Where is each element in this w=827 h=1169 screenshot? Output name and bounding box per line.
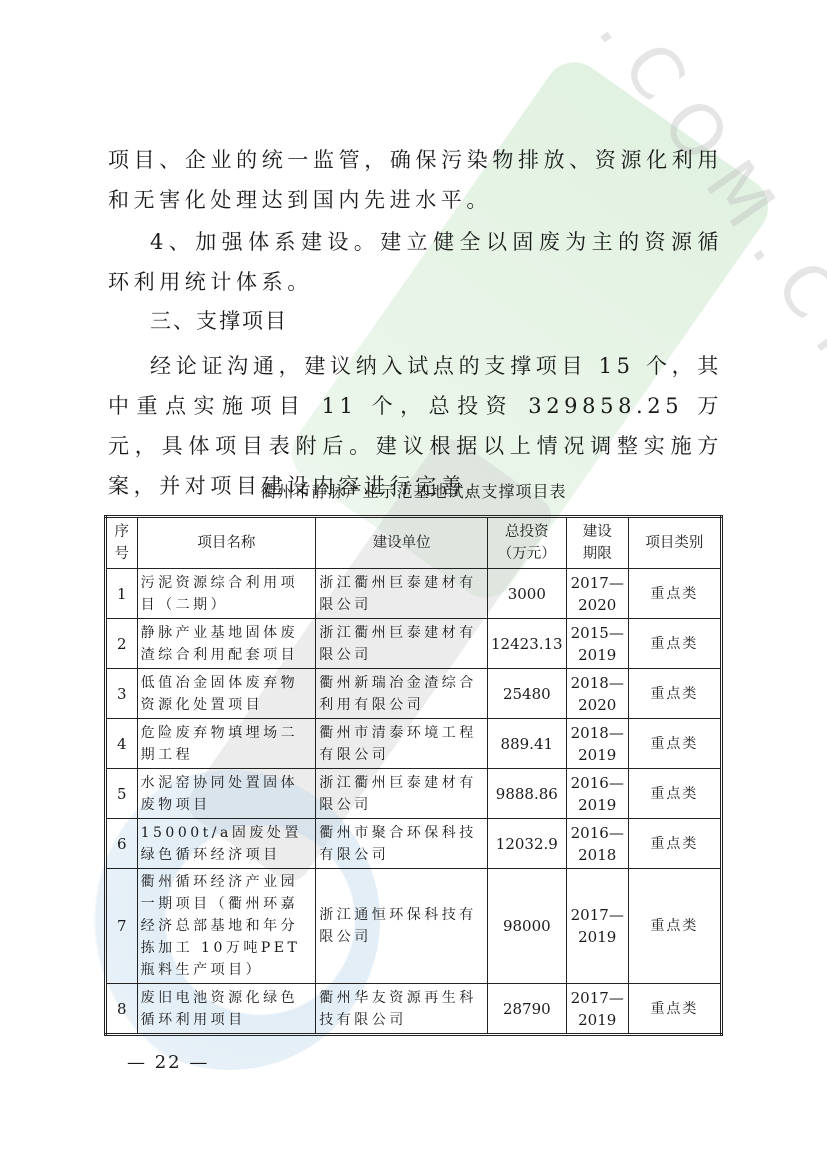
header-name: 项目名称 <box>137 517 316 569</box>
cell-category: 重点类 <box>628 619 721 669</box>
projects-table: 序号 项目名称 建设单位 总投资（万元） 建设期限 项目类别 1 污泥资源综合利… <box>104 515 723 1036</box>
cell-investment: 25480 <box>488 669 567 719</box>
cell-name: 静脉产业基地固体废渣综合利用配套项目 <box>137 619 316 669</box>
cell-category: 重点类 <box>628 669 721 719</box>
table-row: 6 15000t/a固废处置绿色循环经济项目 衢州市聚合环保科技有限公司 120… <box>106 819 722 869</box>
header-seq: 序号 <box>106 517 138 569</box>
cell-period: 2018—2019 <box>566 719 628 769</box>
section-heading: 三、支撑项目 <box>150 305 288 335</box>
cell-investment: 12423.13 <box>488 619 567 669</box>
cell-investment: 28790 <box>488 984 567 1035</box>
cell-unit: 衢州市清泰环境工程有限公司 <box>316 719 488 769</box>
cell-name: 污泥资源综合利用项目（二期） <box>137 569 316 619</box>
cell-seq: 6 <box>106 819 138 869</box>
cell-category: 重点类 <box>628 719 721 769</box>
cell-name: 废旧电池资源化绿色循环利用项目 <box>137 984 316 1035</box>
paragraph-supervision: 项目、企业的统一监管，确保污染物排放、资源化利用和无害化处理达到国内先进水平。 <box>108 140 723 220</box>
cell-unit: 浙江衢州巨泰建材有限公司 <box>316 569 488 619</box>
cell-seq: 1 <box>106 569 138 619</box>
table-header-row: 序号 项目名称 建设单位 总投资（万元） 建设期限 项目类别 <box>106 517 722 569</box>
table-row: 3 低值冶金固体废弃物资源化处置项目 衢州新瑞冶金渣综合利用有限公司 25480… <box>106 669 722 719</box>
table-row: 8 废旧电池资源化绿色循环利用项目 衢州华友资源再生科技有限公司 28790 2… <box>106 984 722 1035</box>
cell-name: 水泥窑协同处置固体废物项目 <box>137 769 316 819</box>
cell-period: 2018—2020 <box>566 669 628 719</box>
header-category: 项目类别 <box>628 517 721 569</box>
cell-period: 2017—2019 <box>566 984 628 1035</box>
cell-period: 2017—2020 <box>566 569 628 619</box>
cell-period: 2017—2019 <box>566 869 628 984</box>
cell-unit: 衢州市聚合环保科技有限公司 <box>316 819 488 869</box>
cell-category: 重点类 <box>628 569 721 619</box>
cell-category: 重点类 <box>628 819 721 869</box>
cell-seq: 7 <box>106 869 138 984</box>
header-unit: 建设单位 <box>316 517 488 569</box>
cell-investment: 12032.9 <box>488 819 567 869</box>
cell-period: 2015—2019 <box>566 619 628 669</box>
cell-unit: 浙江衢州巨泰建材有限公司 <box>316 769 488 819</box>
table-title: 衢州市静脉产业示范基地试点支撑项目表 <box>0 479 827 502</box>
cell-investment: 3000 <box>488 569 567 619</box>
cell-unit: 衢州新瑞冶金渣综合利用有限公司 <box>316 669 488 719</box>
header-investment: 总投资（万元） <box>488 517 567 569</box>
cell-unit: 衢州华友资源再生科技有限公司 <box>316 984 488 1035</box>
paragraph-system-building: 4、加强体系建设。建立健全以固废为主的资源循环利用统计体系。 <box>108 222 723 302</box>
cell-name: 危险废弃物填埋场二期工程 <box>137 719 316 769</box>
cell-investment: 98000 <box>488 869 567 984</box>
cell-unit: 浙江通恒环保科技有限公司 <box>316 869 488 984</box>
table-row: 7 衢州循环经济产业园一期项目（衢州环嘉经济总部基地和年分拣加工 10万吨PET… <box>106 869 722 984</box>
cell-investment: 9888.86 <box>488 769 567 819</box>
table-row: 5 水泥窑协同处置固体废物项目 浙江衢州巨泰建材有限公司 9888.86 201… <box>106 769 722 819</box>
cell-name: 低值冶金固体废弃物资源化处置项目 <box>137 669 316 719</box>
cell-category: 重点类 <box>628 769 721 819</box>
cell-period: 2016—2018 <box>566 819 628 869</box>
cell-seq: 3 <box>106 669 138 719</box>
table-row: 1 污泥资源综合利用项目（二期） 浙江衢州巨泰建材有限公司 3000 2017—… <box>106 569 722 619</box>
table-row: 2 静脉产业基地固体废渣综合利用配套项目 浙江衢州巨泰建材有限公司 12423.… <box>106 619 722 669</box>
cell-investment: 889.41 <box>488 719 567 769</box>
cell-period: 2016—2019 <box>566 769 628 819</box>
cell-category: 重点类 <box>628 869 721 984</box>
cell-category: 重点类 <box>628 984 721 1035</box>
cell-name: 15000t/a固废处置绿色循环经济项目 <box>137 819 316 869</box>
header-period: 建设期限 <box>566 517 628 569</box>
cell-seq: 5 <box>106 769 138 819</box>
cell-seq: 8 <box>106 984 138 1035</box>
cell-unit: 浙江衢州巨泰建材有限公司 <box>316 619 488 669</box>
page-number: — 22 — <box>127 1052 209 1073</box>
cell-seq: 2 <box>106 619 138 669</box>
cell-name: 衢州循环经济产业园一期项目（衢州环嘉经济总部基地和年分拣加工 10万吨PET瓶料… <box>137 869 316 984</box>
table-row: 4 危险废弃物填埋场二期工程 衢州市清泰环境工程有限公司 889.41 2018… <box>106 719 722 769</box>
cell-seq: 4 <box>106 719 138 769</box>
